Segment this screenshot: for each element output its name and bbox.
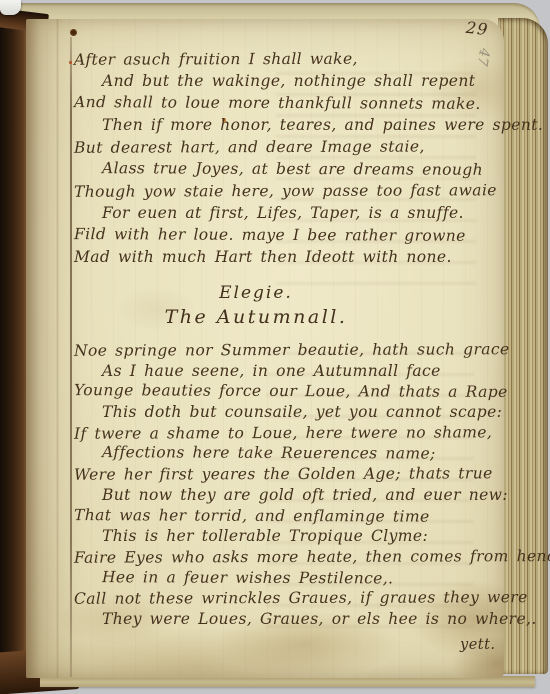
poem-line: Were her first yeares the Golden Age; th… — [74, 463, 494, 485]
margin-rule-line — [70, 37, 72, 677]
poem-line: This doth but counsaile, yet you cannot … — [102, 402, 494, 423]
poem-line: And shall to loue more thankfull sonnets… — [74, 91, 494, 115]
folio-number-ink: 29 — [465, 18, 489, 39]
wormhole — [70, 29, 77, 36]
manuscript-photo: 29 47 After asuch fruition I shall wake,… — [0, 0, 550, 694]
poem-line: Though yow staie here, yow passe too fas… — [74, 179, 494, 202]
poem-line: They were Loues, Graues, or els hee is n… — [102, 609, 494, 630]
poem-line: Call not these wrinckles Graues, if grau… — [74, 588, 494, 610]
poem-line: But dearest hart, and deare Image staie, — [74, 135, 494, 158]
poem-line: That was her torrid, and enflaminge time — [74, 505, 494, 528]
poem-line: Hee in a feuer wishes Pestilence,. — [102, 567, 494, 589]
poem-line: Fild with her loue. maye I bee rather gr… — [74, 223, 494, 247]
poem-line: Affections here take Reuerences name; — [102, 443, 494, 465]
poem-line: But now they are gold oft tried, and eue… — [102, 485, 494, 506]
poem-line: Faire Eyes who asks more heate, then com… — [74, 546, 494, 568]
poem-line: And but the wakinge, nothinge shall repe… — [102, 70, 494, 92]
headband — [0, 0, 21, 15]
poem-previous-ending: After asuch fruition I shall wake, And b… — [74, 48, 494, 268]
poem-genre-heading: Elegie. — [96, 283, 416, 303]
binding-spine — [0, 14, 27, 664]
poem-line: Alass true Joyes, at best are dreams eno… — [102, 157, 494, 181]
poem-line: Younge beauties force our Loue, And that… — [74, 380, 494, 403]
manuscript-page: 29 47 After asuch fruition I shall wake,… — [26, 19, 504, 678]
poem-line: For euen at first, Lifes, Taper, is a sn… — [102, 202, 494, 224]
poem-title: The Autumnall. — [96, 306, 416, 328]
wormhole — [69, 61, 72, 64]
poem-line: If twere a shame to Loue, here twere no … — [74, 422, 494, 444]
poem-line: Mad with much Hart then Ideott with none… — [74, 246, 494, 268]
poem-line: Then if more honor, teares, and paines w… — [102, 114, 494, 136]
poem-line: As I haue seene, in one Autumnall face — [102, 361, 494, 382]
poem-line: After asuch fruition I shall wake, — [74, 47, 494, 70]
poem-the-autumnall: Noe springe nor Summer beautie, hath suc… — [74, 340, 494, 630]
poem-line: This is her tollerable Tropique Clyme: — [102, 526, 494, 547]
poem-line: Noe springe nor Summer beautie, hath suc… — [74, 339, 494, 361]
catchword: yett. — [460, 637, 496, 653]
